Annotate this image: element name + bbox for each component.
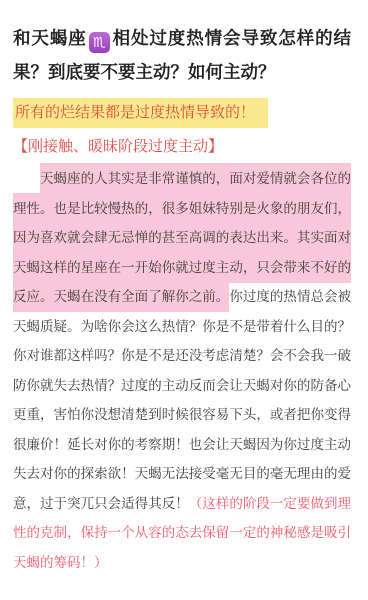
highlight-banner-row: 所有的烂结果都是过度热情导致的！ xyxy=(13,98,351,128)
scorpio-glyph: ♏ xyxy=(93,35,106,49)
article-page: 和天蝎座♏相处过度热情会导致怎样的结果？到底要不要主动？如何主动？ 所有的烂结果… xyxy=(0,0,368,600)
article-title: 和天蝎座♏相处过度热情会导致怎样的结果？到底要不要主动？如何主动？ xyxy=(13,21,351,89)
section-heading: 【刚接触、暖昧阶段过度主动】 xyxy=(13,137,351,157)
scorpio-sign-emoji: ♏ xyxy=(89,32,110,53)
highlight-banner: 所有的烂结果都是过度热情导致的！ xyxy=(13,98,268,128)
title-text-start: 和天蝎座 xyxy=(13,28,87,48)
article-body: 天蝎座的人其实是非常谨慎的，面对爱情就会各位的理性。也是比较慢热的，很多姐妹特别… xyxy=(13,164,351,577)
body-plain-text: 你过度的热情总会被天蝎质疑。为啥你会这么热情？你是不是带着什么目的？你对谁都这样… xyxy=(13,289,351,511)
